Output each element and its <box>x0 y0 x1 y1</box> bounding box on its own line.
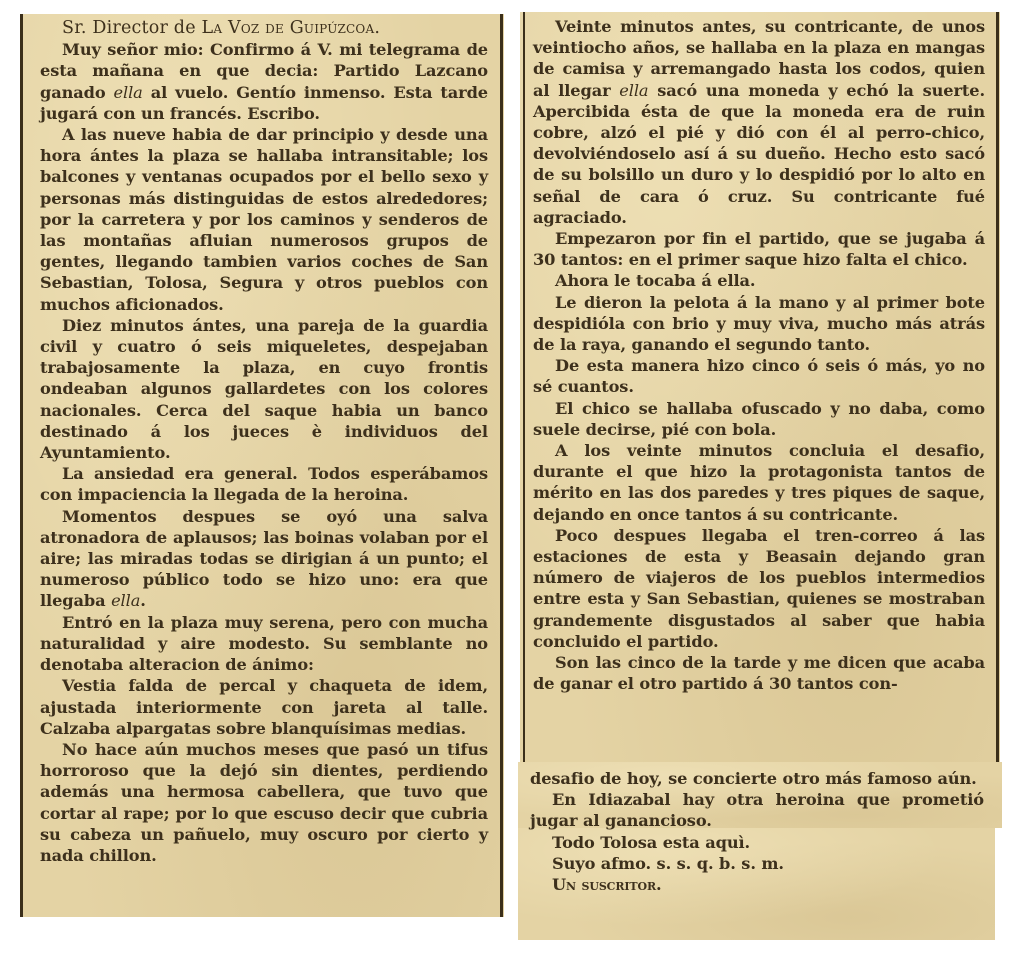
paragraph: En Idiazabal hay otra heroina que promet… <box>530 789 984 831</box>
paragraph: No hace aún muchos meses que pasó un tif… <box>40 739 488 866</box>
paragraph: A las nueve habia de dar principio y des… <box>40 124 488 315</box>
paragraph: Suyo afmo. s. s. q. b. s. m. <box>530 853 984 874</box>
signature: Un suscritor. <box>530 874 984 895</box>
left-column-text: Sr. Director de La Voz de Guipúzcoa. Muy… <box>40 18 488 866</box>
letter-heading: Sr. Director de La Voz de Guipúzcoa. <box>40 18 488 39</box>
right-clipping-right-rule <box>996 12 999 762</box>
paragraph: El chico se hallaba ofuscado y no daba, … <box>533 398 985 440</box>
paragraph: Empezaron por fin el partido, que se jug… <box>533 228 985 270</box>
right-column-text-bottom: desafio de hoy, se concierte otro más fa… <box>530 768 984 895</box>
newspaper-name: La Voz de Guipúzcoa. <box>202 18 381 38</box>
paragraph: De esta manera hizo cinco ó seis ó más, … <box>533 355 985 397</box>
paragraph: Son las cinco de la tarde y me dicen que… <box>533 652 985 694</box>
paragraph: Todo Tolosa esta aquì. <box>530 832 984 853</box>
left-clipping-right-rule <box>500 14 503 917</box>
paragraph: A los veinte minutos concluia el desafio… <box>533 440 985 525</box>
paragraph: Vestia falda de percal y chaqueta de ide… <box>40 675 488 739</box>
right-column-text-top: Veinte minutos antes, su contricante, de… <box>533 16 985 695</box>
paragraph: Le dieron la pelota á la mano y al prime… <box>533 292 985 356</box>
paragraph: Entró en la plaza muy serena, pero con m… <box>40 612 488 676</box>
paragraph: Ahora le tocaba á ella. <box>533 270 985 291</box>
right-clipping-left-rule <box>523 12 525 762</box>
paragraph: Momentos despues se oyó una salva atrona… <box>40 506 488 612</box>
paragraph: Poco despues llegaba el tren-correo á la… <box>533 525 985 652</box>
paragraph: Veinte minutos antes, su contricante, de… <box>533 16 985 228</box>
paragraph: Muy señor mio: Confirmo á V. mi telegram… <box>40 39 488 124</box>
paragraph: La ansiedad era general. Todos esperábam… <box>40 463 488 505</box>
paragraph: desafio de hoy, se concierte otro más fa… <box>530 768 984 789</box>
paragraph: Diez minutos ántes, una pareja de la gua… <box>40 315 488 463</box>
left-clipping-left-rule <box>20 14 23 917</box>
